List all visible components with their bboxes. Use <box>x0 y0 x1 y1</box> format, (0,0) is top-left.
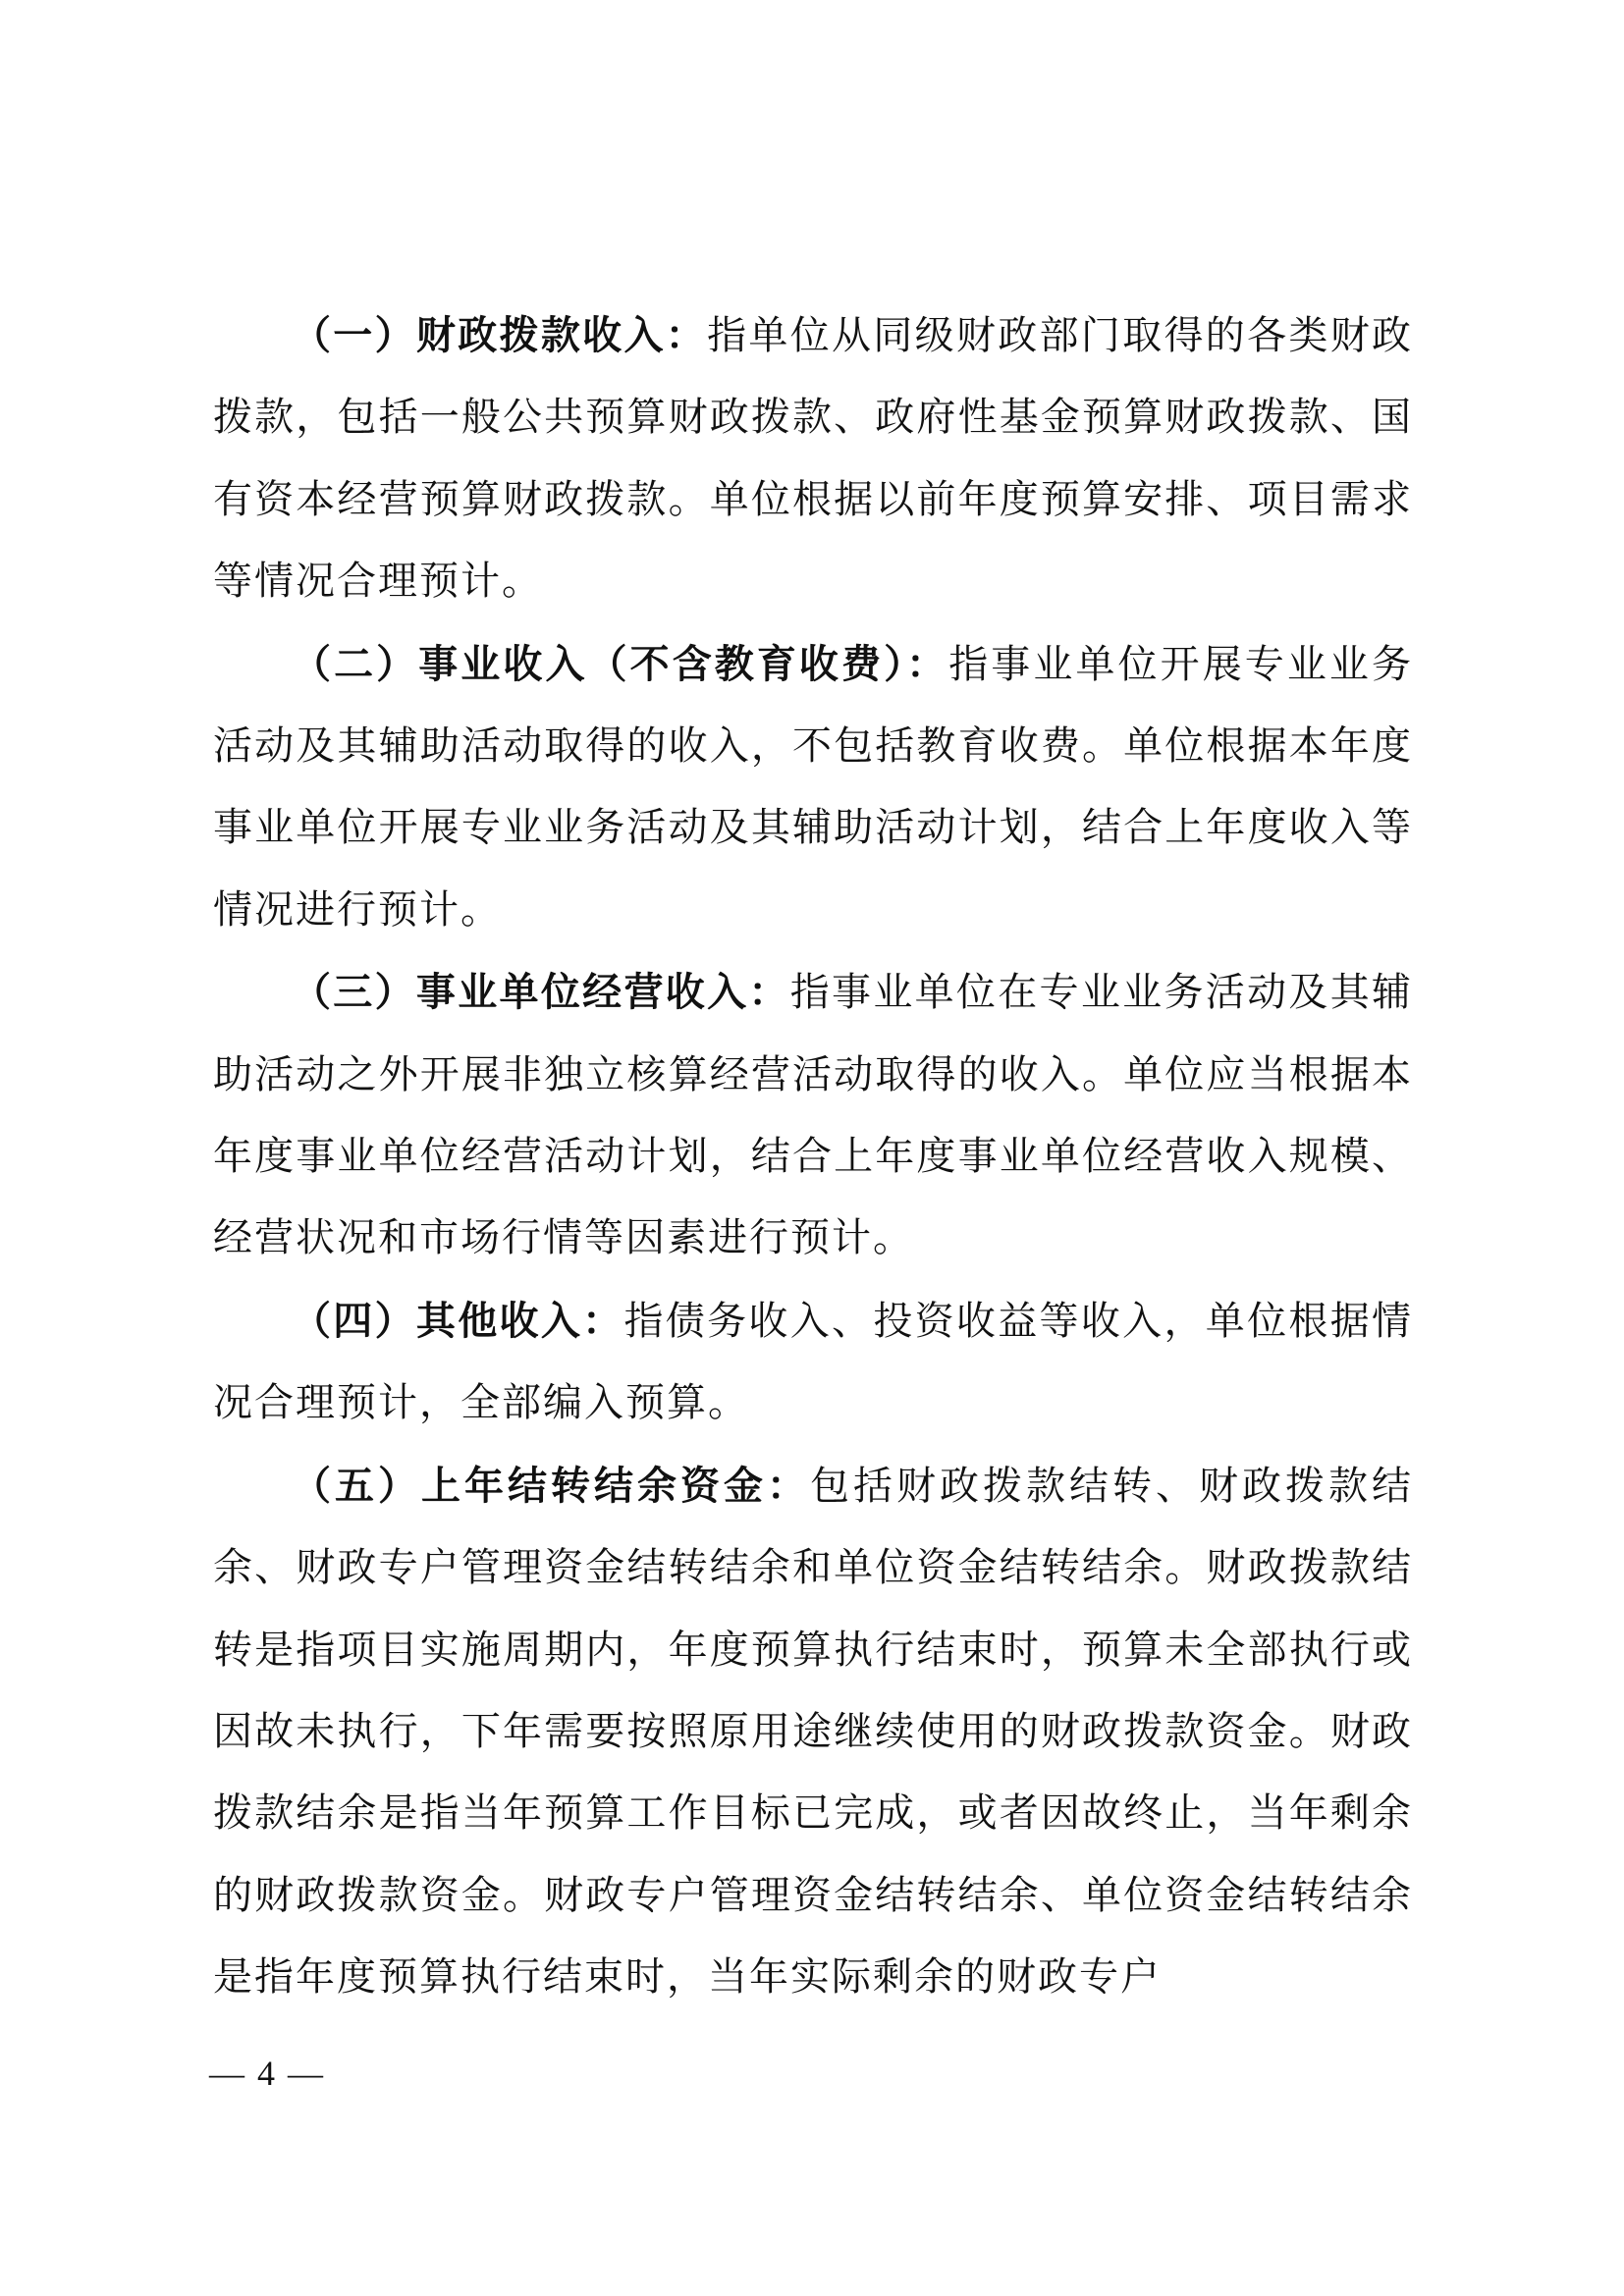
paragraph-fiscal-appropriation-income: （一）财政拨款收入：指单位从同级财政部门取得的各类财政拨款，包括一般公共预算财政… <box>213 294 1413 623</box>
document-body: （一）财政拨款收入：指单位从同级财政部门取得的各类财政拨款，包括一般公共预算财政… <box>213 294 1413 2019</box>
paragraph-institutional-income: （二）事业收入（不含教育收费）：指事业单位开展专业业务活动及其辅助活动取得的收入… <box>213 623 1413 952</box>
paragraph-prior-year-carryover: （五）上年结转结余资金：包括财政拨款结转、财政拨款结余、财政专户管理资金结转结余… <box>213 1445 1413 2019</box>
paragraph-heading: （二）事业收入（不含教育收费）： <box>292 641 948 687</box>
paragraph-body: 包括财政拨款结转、财政拨款结余、财政专户管理资金结转结余和单位资金结转结余。财政… <box>213 1464 1413 2000</box>
paragraph-other-income: （四）其他收入：指债务收入、投资收益等收入，单位根据情况合理预计，全部编入预算。 <box>213 1280 1413 1445</box>
document-page: （一）财政拨款收入：指单位从同级财政部门取得的各类财政拨款，包括一般公共预算财政… <box>0 0 1624 2296</box>
paragraph-heading: （一）财政拨款收入： <box>292 312 707 358</box>
paragraph-business-operating-income: （三）事业单位经营收入：指事业单位在专业业务活动及其辅助活动之外开展非独立核算经… <box>213 951 1413 1280</box>
paragraph-heading: （四）其他收入： <box>292 1298 623 1344</box>
paragraph-heading: （三）事业单位经营收入： <box>292 969 790 1015</box>
paragraph-heading: （五）上年结转结余资金： <box>292 1463 810 1509</box>
page-number: — 4 — <box>209 2050 325 2097</box>
